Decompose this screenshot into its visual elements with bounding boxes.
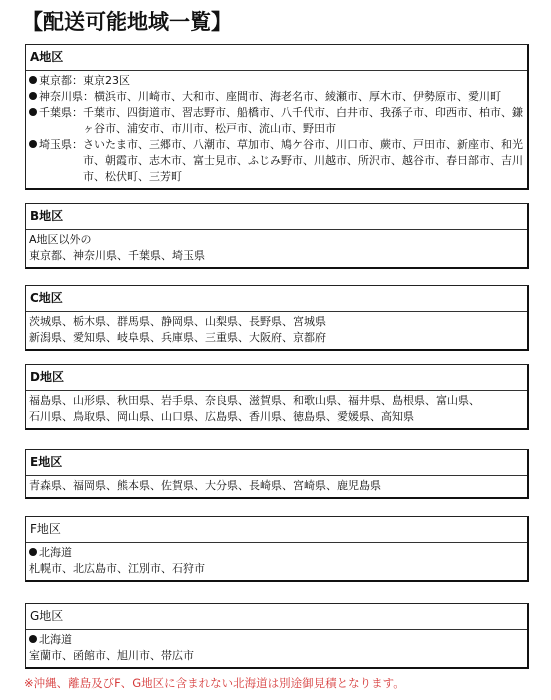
zone-d-line: 石川県、鳥取県、岡山県、山口県、広島県、香川県、徳島県、愛媛県、高知県 xyxy=(29,409,524,425)
zone-a-prefecture-tokyo: 東京都： 東京23区 xyxy=(29,73,524,89)
prefecture-name: 神奈川県： xyxy=(39,90,94,103)
zone-g-box: G地区 北海道 室蘭市、函館市、旭川市、帯広市 xyxy=(25,603,529,669)
prefecture-name: 埼玉県： xyxy=(39,138,83,151)
bullet-icon xyxy=(29,76,37,84)
zone-g-line: 室蘭市、函館市、旭川市、帯広市 xyxy=(29,648,524,664)
prefecture-cities: さいたま市、三郷市、八潮市、草加市、鳩ケ谷市、川口市、蕨市、戸田市、新座市、和光… xyxy=(83,137,524,185)
zone-a-prefecture-chiba: 千葉県： 千葉市、四街道市、習志野市、船橋市、八千代市、白井市、我孫子市、印西市… xyxy=(29,105,524,137)
zone-e-line: 青森県、福岡県、熊本県、佐賀県、大分県、長崎県、宮崎県、鹿児島県 xyxy=(29,478,524,494)
bullet-icon xyxy=(29,108,37,116)
zone-a-header: A地区 xyxy=(26,45,527,71)
zone-g-region: 北海道 xyxy=(29,632,524,648)
zone-c-line: 新潟県、愛知県、岐阜県、兵庫県、三重県、大阪府、京都府 xyxy=(29,330,524,346)
zone-c-header: C地区 xyxy=(26,286,527,312)
footnote: ※沖縄、離島及びF、G地区に含まれない北海道は別途御見積となります。 xyxy=(24,675,405,691)
zone-d-line: 福島県、山形県、秋田県、岩手県、奈良県、滋賀県、和歌山県、福井県、島根県、富山県… xyxy=(29,393,524,409)
page-title: 【配送可能地域一覧】 xyxy=(22,6,232,36)
prefecture-name: 東京都： xyxy=(39,74,83,87)
zone-e-box: E地区 青森県、福岡県、熊本県、佐賀県、大分県、長崎県、宮崎県、鹿児島県 xyxy=(25,449,529,499)
bullet-icon xyxy=(29,140,37,148)
zone-d-header: D地区 xyxy=(26,365,527,391)
zone-a-prefecture-saitama: 埼玉県： さいたま市、三郷市、八潮市、草加市、鳩ケ谷市、川口市、蕨市、戸田市、新… xyxy=(29,137,524,185)
zone-a-prefecture-kanagawa: 神奈川県： 横浜市、川崎市、大和市、座間市、海老名市、綾瀬市、厚木市、伊勢原市、… xyxy=(29,89,524,105)
prefecture-cities: 千葉市、四街道市、習志野市、船橋市、八千代市、白井市、我孫子市、印西市、柏市、鎌… xyxy=(83,105,524,137)
prefecture-name: 千葉県： xyxy=(39,106,83,119)
zone-e-header: E地区 xyxy=(26,450,527,476)
zone-g-header: G地区 xyxy=(26,604,527,630)
prefecture-cities: 横浜市、川崎市、大和市、座間市、海老名市、綾瀬市、厚木市、伊勢原市、愛川町 xyxy=(94,89,524,105)
zone-f-region: 北海道 xyxy=(29,545,524,561)
zone-c-line: 茨城県、栃木県、群馬県、静岡県、山梨県、長野県、宮城県 xyxy=(29,314,524,330)
zone-a-box: A地区 東京都： 東京23区 神奈川県： 横浜市、川崎市、大和市、座間市、海老名… xyxy=(25,44,529,190)
region-name: 北海道 xyxy=(39,633,72,646)
bullet-icon xyxy=(29,92,37,100)
zone-b-box: B地区 A地区以外の 東京都、神奈川県、千葉県、埼玉県 xyxy=(25,203,529,269)
zone-b-line: 東京都、神奈川県、千葉県、埼玉県 xyxy=(29,248,524,264)
zone-f-header: F地区 xyxy=(26,517,527,543)
zone-a-body: 東京都： 東京23区 神奈川県： 横浜市、川崎市、大和市、座間市、海老名市、綾瀬… xyxy=(26,71,527,188)
zone-f-body: 北海道 札幌市、北広島市、江別市、石狩市 xyxy=(26,543,527,580)
zone-f-line: 札幌市、北広島市、江別市、石狩市 xyxy=(29,561,524,577)
zone-g-body: 北海道 室蘭市、函館市、旭川市、帯広市 xyxy=(26,630,527,667)
zone-c-box: C地区 茨城県、栃木県、群馬県、静岡県、山梨県、長野県、宮城県 新潟県、愛知県、… xyxy=(25,285,529,351)
zone-f-box: F地区 北海道 札幌市、北広島市、江別市、石狩市 xyxy=(25,516,529,582)
zone-b-header: B地区 xyxy=(26,204,527,230)
zone-d-body: 福島県、山形県、秋田県、岩手県、奈良県、滋賀県、和歌山県、福井県、島根県、富山県… xyxy=(26,391,527,428)
bullet-icon xyxy=(29,548,37,556)
zone-c-body: 茨城県、栃木県、群馬県、静岡県、山梨県、長野県、宮城県 新潟県、愛知県、岐阜県、… xyxy=(26,312,527,349)
zone-e-body: 青森県、福岡県、熊本県、佐賀県、大分県、長崎県、宮崎県、鹿児島県 xyxy=(26,476,527,497)
prefecture-cities: 東京23区 xyxy=(83,73,524,89)
zone-b-body: A地区以外の 東京都、神奈川県、千葉県、埼玉県 xyxy=(26,230,527,267)
region-name: 北海道 xyxy=(39,546,72,559)
bullet-icon xyxy=(29,635,37,643)
zone-b-line: A地区以外の xyxy=(29,232,524,248)
zone-d-box: D地区 福島県、山形県、秋田県、岩手県、奈良県、滋賀県、和歌山県、福井県、島根県… xyxy=(25,364,529,430)
